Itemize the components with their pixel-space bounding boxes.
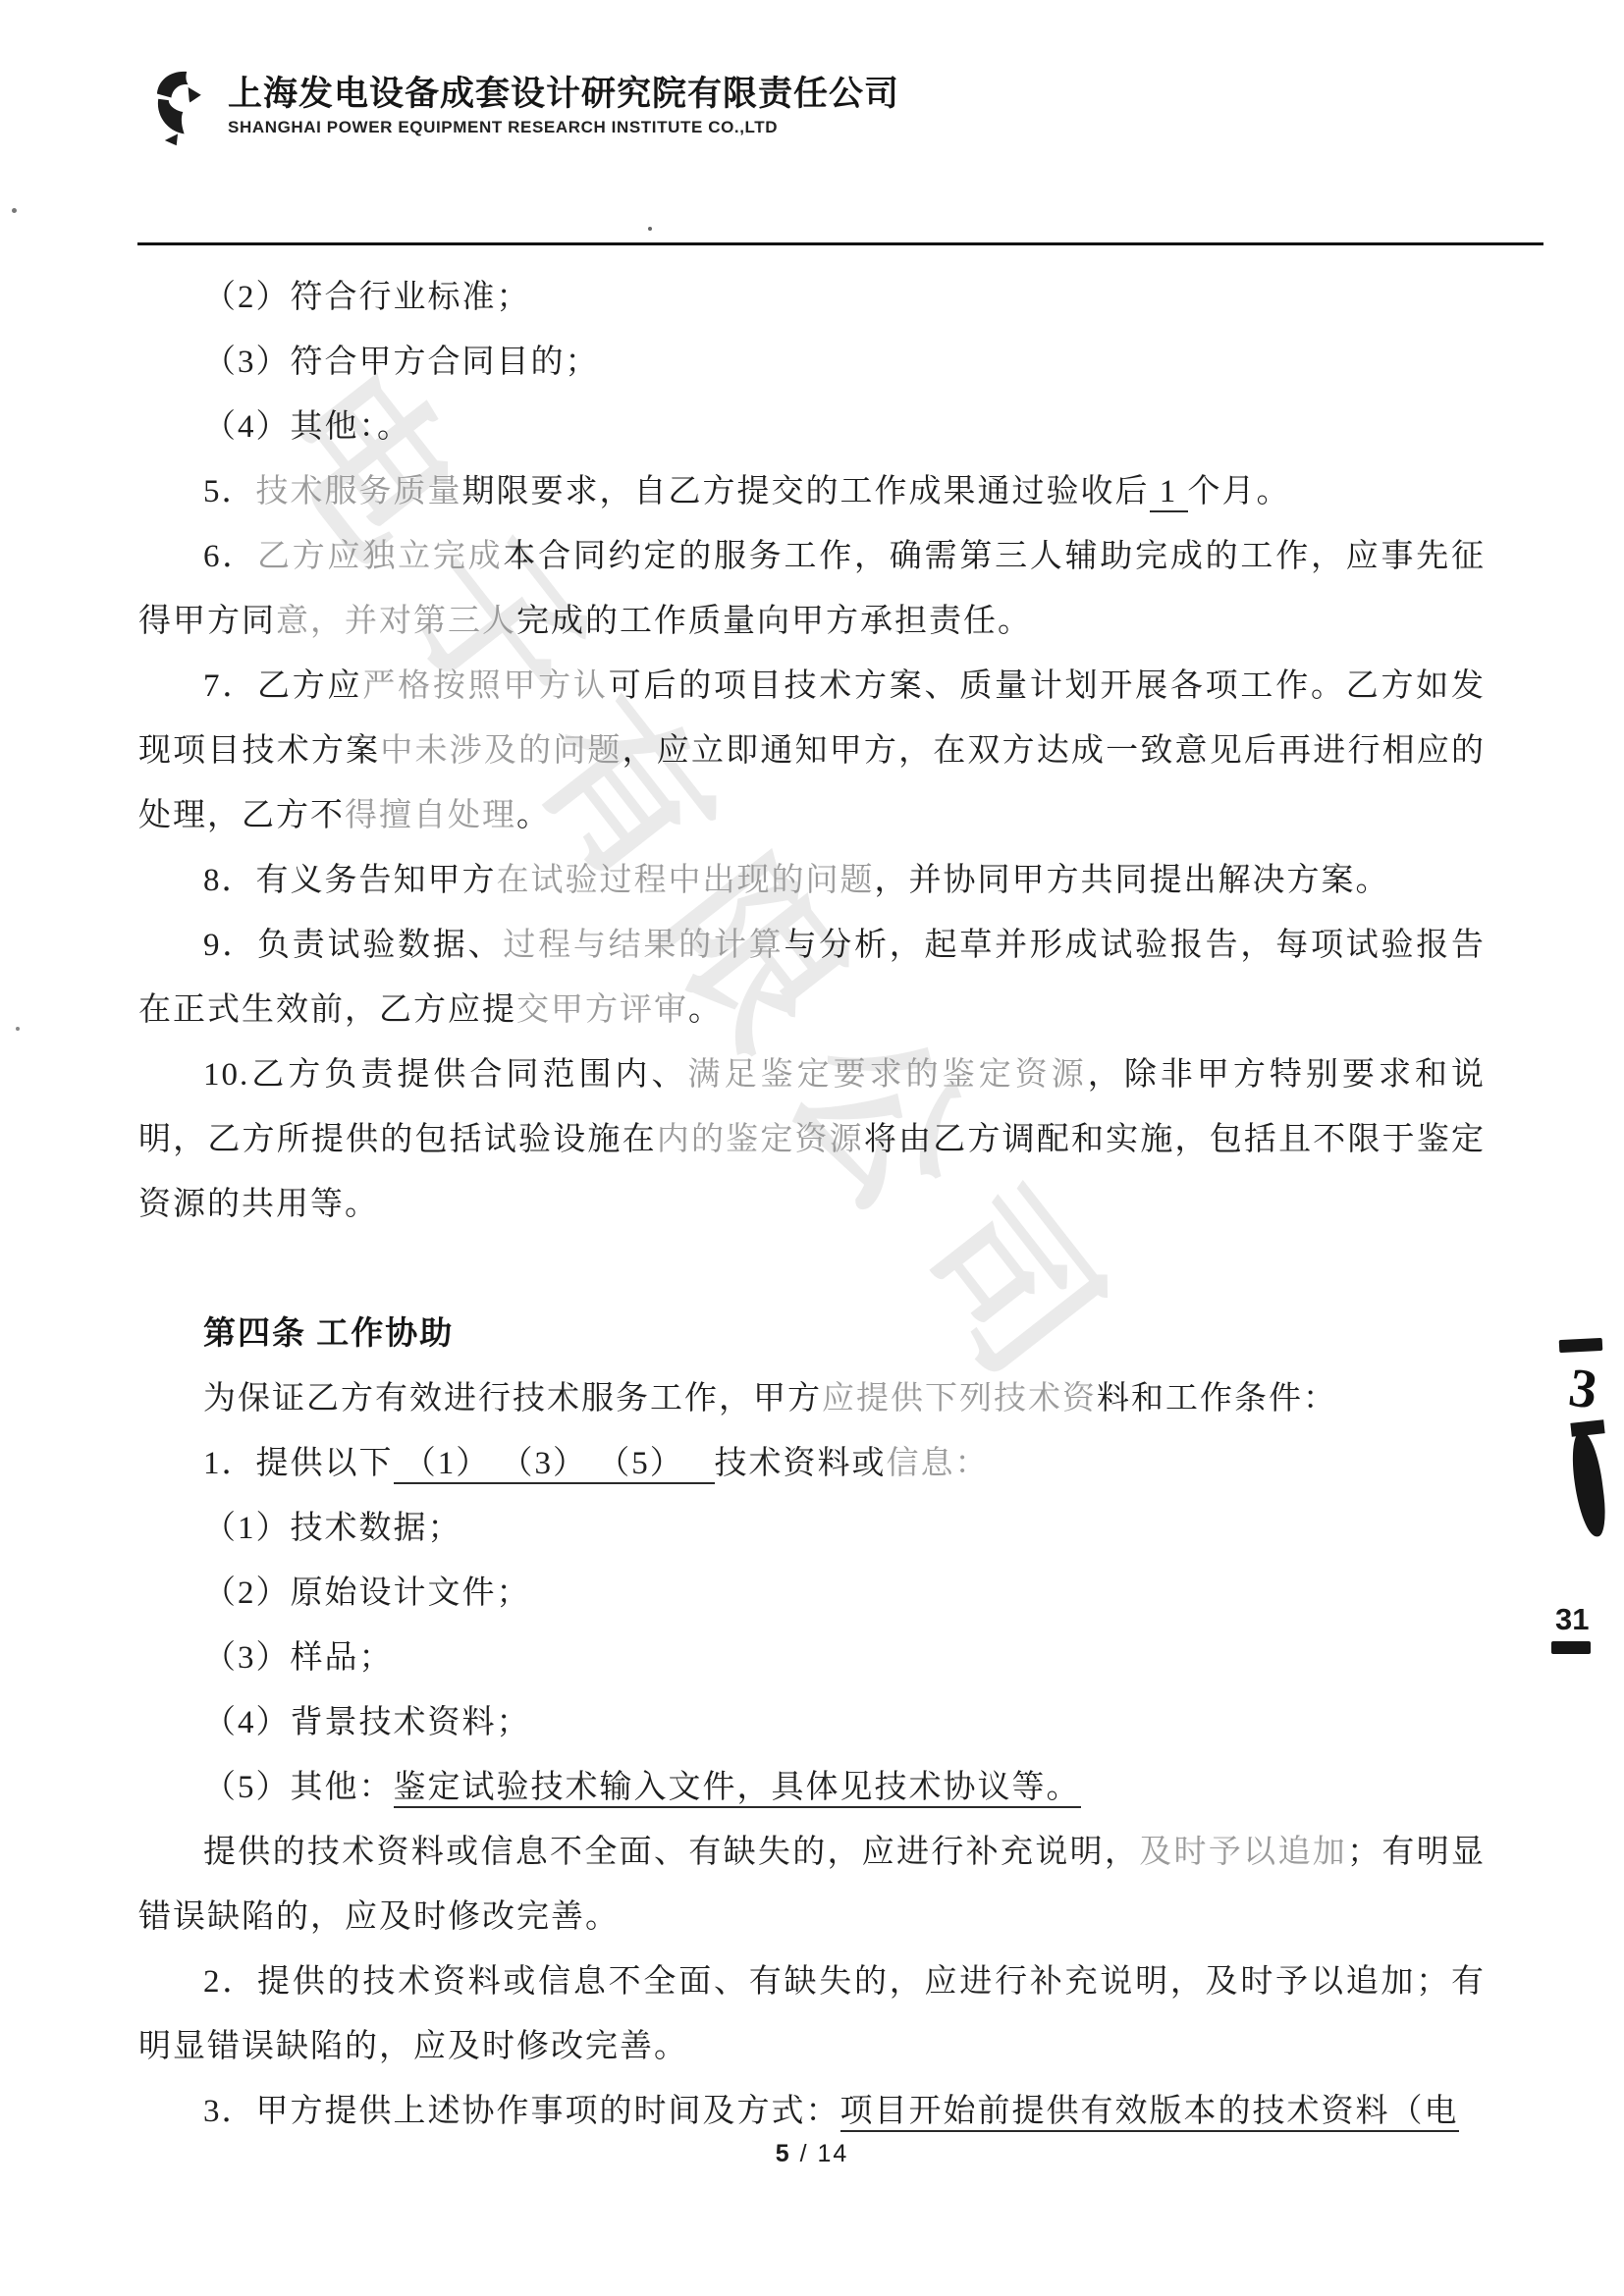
- text-segment: 技术服务质量: [256, 474, 462, 509]
- text-segment: 技术资料或: [715, 1446, 887, 1481]
- text-segment: （3）符合甲方合同目的；: [203, 345, 600, 380]
- text-segment: 。: [688, 992, 723, 1028]
- text-segment: 交甲方评审: [516, 992, 688, 1028]
- paragraph: （2）符合行业标准；: [138, 265, 1486, 330]
- scan-dot: [648, 227, 652, 231]
- page-footer: 5 / 14: [0, 2140, 1624, 2168]
- scan-dot: [16, 1027, 20, 1031]
- scan-artifact: [1559, 1338, 1603, 1353]
- company-name-en: SHANGHAI POWER EQUIPMENT RESEARCH INSTIT…: [228, 116, 899, 139]
- text-segment: 5．: [203, 474, 256, 509]
- paragraph: （3）符合甲方合同目的；: [138, 330, 1486, 395]
- paragraph: （2）原始设计文件；: [138, 1561, 1486, 1626]
- paragraph: 6．乙方应独立完成本合同约定的服务工作，确需第三人辅助完成的工作，应事先征得甲方…: [138, 524, 1486, 654]
- text-segment: 1．提供以下: [203, 1446, 394, 1481]
- section-heading: 第四条 工作协助: [138, 1302, 1486, 1366]
- text-segment: 料和工作条件：: [1097, 1381, 1337, 1416]
- paragraph: 2．提供的技术资料或信息不全面、有缺失的，应进行补充说明，及时予以追加；有明显错…: [138, 1949, 1486, 2079]
- text-segment: （1）技术数据；: [203, 1511, 462, 1546]
- text-segment: 完成的工作质量向甲方承担责任。: [516, 604, 1032, 639]
- paragraph: （1）技术数据；: [138, 1496, 1486, 1561]
- text-segment: （2）原始设计文件；: [203, 1575, 531, 1611]
- underlined-text: 鉴定试验技术输入文件，具体见技术协议等。: [394, 1770, 1081, 1808]
- company-logo-icon: [149, 67, 214, 149]
- paragraph: （5）其他：鉴定试验技术输入文件，具体见技术协议等。: [138, 1755, 1486, 1820]
- paragraph: 3．甲方提供上述协作事项的时间及方式：项目开始前提供有效版本的技术资料（电: [138, 2079, 1486, 2144]
- company-name-zh: 上海发电设备成套设计研究院有限责任公司: [228, 73, 899, 116]
- text-segment: （2）符合行业标准；: [203, 280, 531, 315]
- paragraph: （4）背景技术资料；: [138, 1690, 1486, 1755]
- text-segment: 中未涉及的问题: [380, 733, 622, 769]
- text-segment: 过程与结果的计算: [503, 928, 784, 963]
- text-segment: 个月。: [1188, 474, 1291, 509]
- text-segment: 7．乙方应: [203, 668, 362, 704]
- underlined-text: 项目开始前提供有效版本的技术资料（电: [840, 2094, 1459, 2132]
- paragraph: （3）样品；: [138, 1626, 1486, 1690]
- text-segment: 期限要求，自乙方提交的工作成果通过验收后: [462, 474, 1150, 509]
- page-number: 5: [776, 2140, 791, 2167]
- scan-artifact: 3: [1565, 1359, 1613, 1426]
- paragraph: 7．乙方应严格按照甲方认可后的项目技术方案、质量计划开展各项工作。乙方如发现项目…: [138, 654, 1486, 848]
- text-segment: 为保证乙方有效进行技术服务工作，甲方: [203, 1381, 822, 1416]
- document-body: （2）符合行业标准；（3）符合甲方合同目的；（4）其他：。5．技术服务质量期限要…: [138, 265, 1486, 2144]
- text-segment: （4）其他：。: [203, 409, 411, 445]
- underlined-text: 1: [1150, 474, 1188, 512]
- text-segment: 第四条 工作协助: [203, 1316, 454, 1352]
- scan-artifact: [1569, 1430, 1609, 1539]
- text-segment: 9．负责试验数据、: [203, 928, 503, 963]
- text-segment: 及时予以追加: [1139, 1835, 1347, 1870]
- edge-page-mark: 31: [1555, 1602, 1614, 1641]
- text-segment: 得擅自处理: [345, 798, 516, 833]
- text-segment: 10.乙方负责提供合同范围内、: [203, 1057, 688, 1093]
- company-name-block: 上海发电设备成套设计研究院有限责任公司 SHANGHAI POWER EQUIP…: [228, 67, 899, 139]
- text-segment: 。: [516, 798, 551, 833]
- paragraph: 5．技术服务质量期限要求，自乙方提交的工作成果通过验收后 1 个月。: [138, 459, 1486, 524]
- header-divider: [137, 242, 1543, 245]
- paragraph: 为保证乙方有效进行技术服务工作，甲方应提供下列技术资料和工作条件：: [138, 1366, 1486, 1431]
- paragraph: 8．有义务告知甲方在试验过程中出现的问题，并协同甲方共同提出解决方案。: [138, 848, 1486, 913]
- text-segment: 乙方应独立完成: [257, 539, 503, 574]
- text-segment: 8．有义务告知甲方: [203, 863, 497, 898]
- text-segment: 满足鉴定要求的鉴定资源: [688, 1057, 1088, 1093]
- paragraph: 10.乙方负责提供合同范围内、满足鉴定要求的鉴定资源，除非甲方特别要求和说明，乙…: [138, 1042, 1486, 1237]
- text-segment: 严格按照甲方认: [362, 668, 608, 704]
- letterhead: 上海发电设备成套设计研究院有限责任公司 SHANGHAI POWER EQUIP…: [149, 67, 899, 149]
- paragraph: （4）其他：。: [138, 395, 1486, 459]
- scan-dot: [12, 208, 17, 213]
- text-segment: （3）样品；: [203, 1640, 394, 1676]
- text-segment: ，并协同甲方共同提出解决方案。: [875, 863, 1390, 898]
- text-segment: 内的鉴定资源: [657, 1122, 864, 1157]
- text-segment: 3．甲方提供上述协作事项的时间及方式：: [203, 2094, 840, 2129]
- paragraph: 9．负责试验数据、过程与结果的计算与分析，起草并形成试验报告，每项试验报告在正式…: [138, 913, 1486, 1042]
- text-segment: 应提供下列技术资: [822, 1381, 1097, 1416]
- page-count: / 14: [791, 2140, 849, 2167]
- text-segment: （5）其他：: [203, 1770, 394, 1805]
- text-segment: （4）背景技术资料；: [203, 1705, 531, 1740]
- document-page: 电子有限公司 上海发电设备成套设计研究院有限责任公司 SHANGHAI POWE…: [0, 0, 1624, 2296]
- paragraph: 1．提供以下 （1） （3） （5） 技术资料或信息：: [138, 1431, 1486, 1496]
- text-segment: 2．提供的技术资料或信息不全面、有缺失的，应进行补充说明，及时予以追加；有明显错…: [138, 1964, 1486, 2064]
- text-segment: 6．: [203, 539, 257, 574]
- underlined-text: （1） （3） （5）: [394, 1446, 715, 1484]
- scan-artifact: [1551, 1641, 1591, 1654]
- text-segment: 意，并对第三人: [276, 604, 516, 639]
- text-segment: 信息：: [887, 1446, 990, 1481]
- text-segment: 提供的技术资料或信息不全面、有缺失的，应进行补充说明，: [203, 1835, 1139, 1870]
- paragraph: 提供的技术资料或信息不全面、有缺失的，应进行补充说明，及时予以追加；有明显错误缺…: [138, 1820, 1486, 1949]
- text-segment: 在试验过程中出现的问题: [497, 863, 875, 898]
